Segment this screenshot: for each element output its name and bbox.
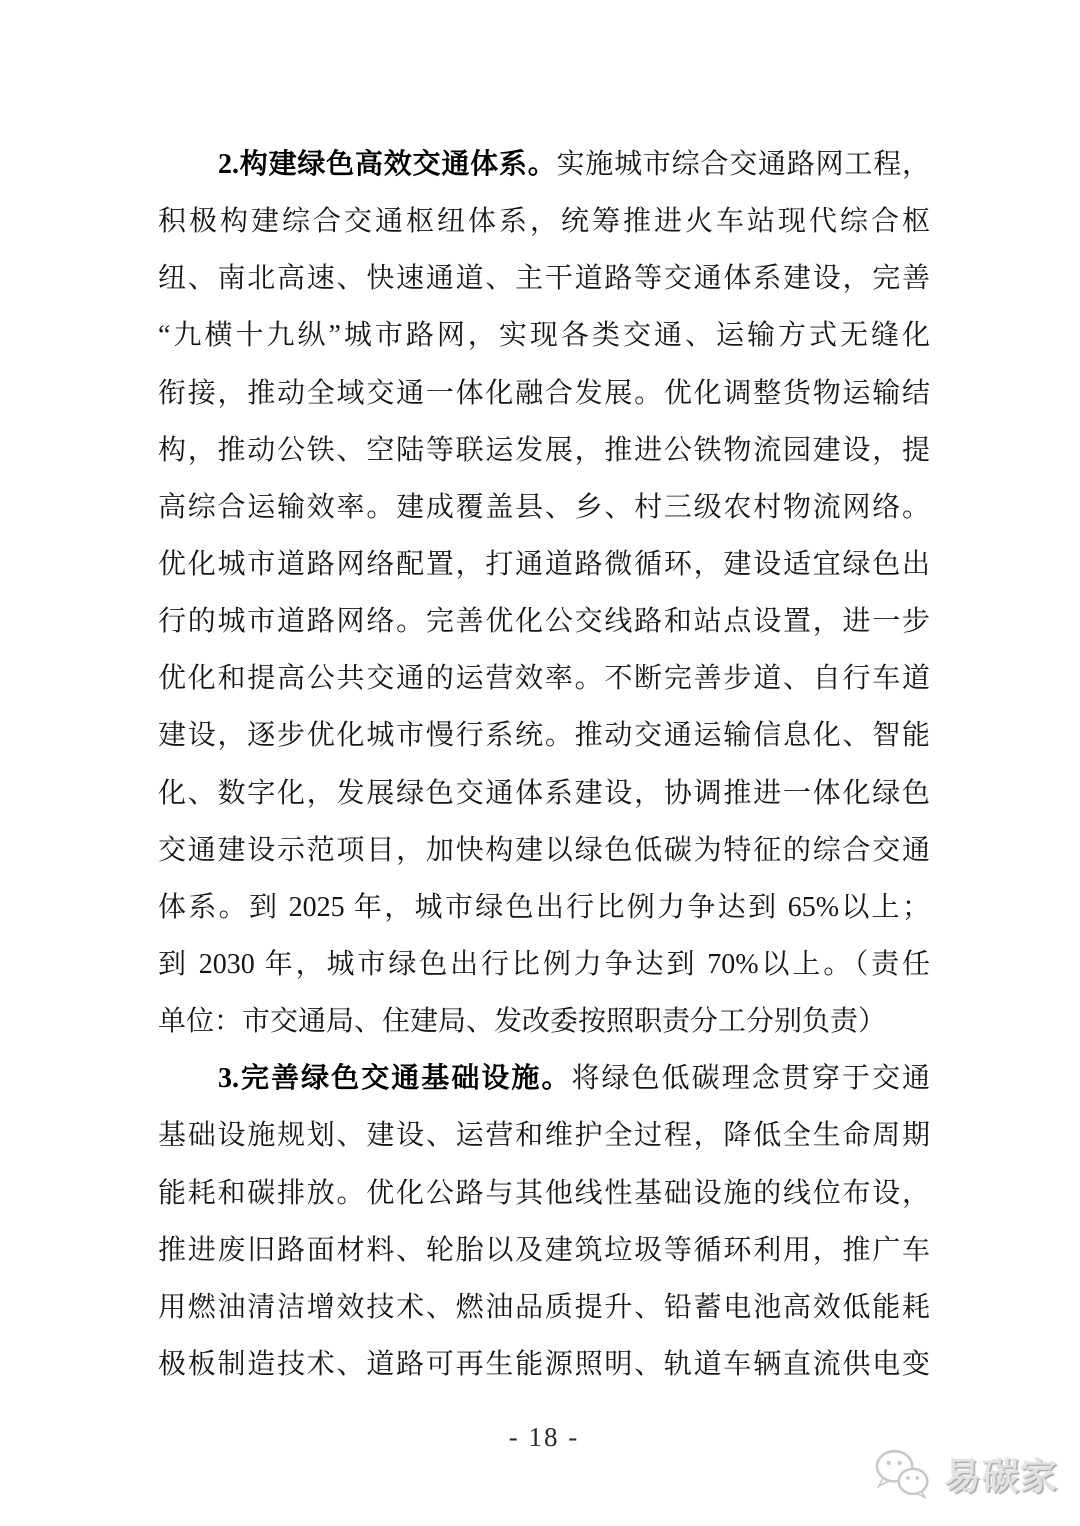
document-body: 2.构建绿色高效交通体系。实施城市综合交通路网工程，积极构建综合交通枢纽体系，统… xyxy=(158,136,930,1393)
document-text-line: 能耗和碳排放。优化公路与其他线性基础设施的线位布设， xyxy=(158,1165,930,1222)
watermark: 易碳家 xyxy=(872,1446,1058,1500)
document-text-line: 优化和提高公共交通的运营效率。不断完善步道、自行车道 xyxy=(158,650,930,707)
document-page: 2.构建绿色高效交通体系。实施城市综合交通路网工程，积极构建综合交通枢纽体系，统… xyxy=(0,0,1080,1526)
document-text-line: 建设，逐步优化城市慢行系统。推动交通运输信息化、智能 xyxy=(158,707,930,764)
document-text-line: 推进废旧路面材料、轮胎以及建筑垃圾等循环利用，推广车 xyxy=(158,1222,930,1279)
document-text-line: 积极构建综合交通枢纽体系，统筹推进火车站现代综合枢 xyxy=(158,193,930,250)
watermark-text: 易碳家 xyxy=(944,1446,1058,1500)
document-text-line: 行的城市道路网络。完善优化公交线路和站点设置，进一步 xyxy=(158,593,930,650)
document-text-line: 3.完善绿色交通基础设施。将绿色低碳理念贯穿于交通 xyxy=(158,1050,930,1107)
document-text-line: 构，推动公铁、空陆等联运发展，推进公铁物流园建设，提 xyxy=(158,422,930,479)
document-text-line: 基础设施规划、建设、运营和维护全过程，降低全生命周期 xyxy=(158,1107,930,1164)
wechat-logo-icon xyxy=(872,1447,934,1499)
document-text-line: 2.构建绿色高效交通体系。实施城市综合交通路网工程， xyxy=(158,136,930,193)
document-text-line: “九横十九纵”城市路网，实现各类交通、运输方式无缝化 xyxy=(158,307,930,364)
document-text-line: 极板制造技术、道路可再生能源照明、轨道车辆直流供电变 xyxy=(158,1336,930,1393)
document-text-line: 交通建设示范项目，加快构建以绿色低碳为特征的综合交通 xyxy=(158,822,930,879)
document-text-line: 优化城市道路网络配置，打通道路微循环，建设适宜绿色出 xyxy=(158,536,930,593)
page-number: - 18 - xyxy=(158,1422,930,1453)
document-text-line: 高综合运输效率。建成覆盖县、乡、村三级农村物流网络。 xyxy=(158,479,930,536)
document-text-line: 单位：市交通局、住建局、发改委按照职责分工分别负责） xyxy=(158,993,930,1050)
document-text-line: 体系。到 2025 年，城市绿色出行比例力争达到 65%以上； xyxy=(158,879,930,936)
section-heading: 3.完善绿色交通基础设施。 xyxy=(218,1063,572,1094)
document-text-line: 衔接，推动全域交通一体化融合发展。优化调整货物运输结 xyxy=(158,365,930,422)
document-text-line: 用燃油清洁增效技术、燃油品质提升、铅蓄电池高效低能耗 xyxy=(158,1279,930,1336)
section-heading: 2.构建绿色高效交通体系。 xyxy=(218,149,557,180)
document-text-line: 到 2030 年，城市绿色出行比例力争达到 70%以上。（责任 xyxy=(158,936,930,993)
document-text-line: 纽、南北高速、快速通道、主干道路等交通体系建设，完善 xyxy=(158,250,930,307)
document-text-line: 化、数字化，发展绿色交通体系建设，协调推进一体化绿色 xyxy=(158,765,930,822)
